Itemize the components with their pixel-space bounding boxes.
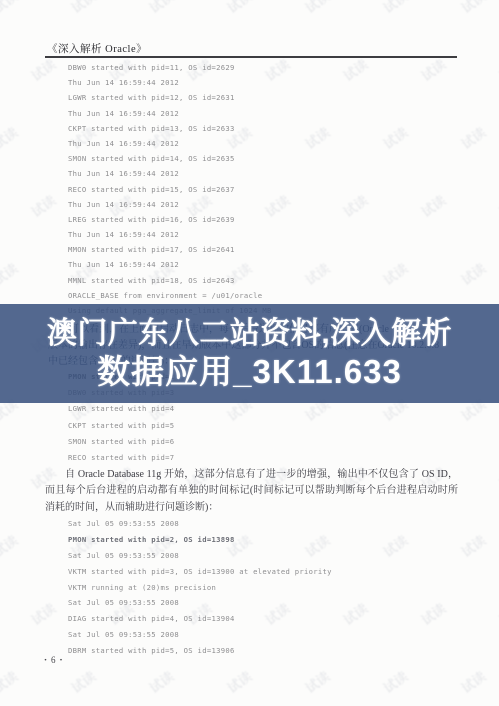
- watermark-mark: 试读: [379, 0, 411, 17]
- watermark-mark: 试读: [301, 122, 333, 153]
- page-number: ・6・: [41, 653, 67, 666]
- log-line: DIAG started with pid=4, OS id=13904: [68, 611, 332, 627]
- log-line: LREG started with pid=16, OS id=2639: [68, 212, 272, 227]
- watermark-mark: 试读: [339, 190, 371, 221]
- log-line: MMON started with pid=17, OS id=2641: [68, 242, 272, 257]
- watermark-mark: 试读: [495, 54, 499, 85]
- log-line: LGWR started with pid=4: [68, 401, 174, 417]
- watermark-mark: 试读: [67, 666, 99, 697]
- watermark-mark: 试读: [0, 0, 21, 17]
- watermark-mark: 试读: [417, 598, 449, 629]
- watermark-mark: 试读: [0, 122, 21, 153]
- watermark-mark: 试读: [495, 462, 499, 493]
- watermark-mark: 试读: [417, 190, 449, 221]
- log-line: RECO started with pid=7: [68, 450, 174, 466]
- watermark-mark: 试读: [457, 666, 489, 697]
- watermark-mark: 试读: [379, 122, 411, 153]
- log-line: MMNL started with pid=18, OS id=2643: [68, 273, 272, 288]
- log-line: SMON started with pid=6: [68, 434, 174, 450]
- watermark-mark: 试读: [67, 0, 99, 17]
- watermark-mark: 试读: [417, 54, 449, 85]
- watermark-mark: 试读: [301, 0, 333, 17]
- watermark-mark: 试读: [223, 0, 255, 17]
- watermark-mark: 试读: [0, 666, 21, 697]
- log-line: Thu Jun 14 16:59:44 2012: [68, 106, 272, 121]
- promo-watermark-banner: 澳门广东八二站资料,深入解析 数据应用_3K11.633: [0, 304, 499, 403]
- watermark-mark: 试读: [301, 258, 333, 289]
- log-line: Sat Jul 05 09:53:55 2008: [68, 548, 332, 564]
- watermark-mark: 试读: [27, 190, 59, 221]
- promo-banner-line2: 数据应用_3K11.633: [97, 352, 402, 392]
- book-title: 《深入解析 Oracle》: [47, 41, 147, 56]
- log-line: PMON started with pid=2, OS id=13898: [68, 532, 332, 548]
- paragraph-11g-enhancement: 自 Oracle Database 11g 开始，这部分信息有了进一步的增强，输…: [45, 467, 458, 516]
- log-line: VKTM running at (20)ms precision: [68, 580, 332, 596]
- log-line: LGWR started with pid=12, OS id=2631: [68, 90, 272, 105]
- log-block-11g-startup: Sat Jul 05 09:53:55 2008PMON started wit…: [68, 516, 332, 659]
- watermark-mark: 试读: [379, 666, 411, 697]
- log-line: VKTM started with pid=3, OS id=13900 at …: [68, 564, 332, 580]
- watermark-mark: 试读: [457, 258, 489, 289]
- watermark-mark: 试读: [495, 190, 499, 221]
- log-line: Sat Jul 05 09:53:55 2008: [68, 595, 332, 611]
- log-line: Thu Jun 14 16:59:44 2012: [68, 75, 272, 90]
- log-line: Thu Jun 14 16:59:44 2012: [68, 166, 272, 181]
- log-line: Thu Jun 14 16:59:44 2012: [68, 136, 272, 151]
- promo-banner-line1: 澳门广东八二站资料,深入解析: [47, 316, 452, 352]
- watermark-mark: 试读: [379, 530, 411, 561]
- log-line: DBW0 started with pid=11, OS id=2629: [68, 60, 272, 75]
- watermark-mark: 试读: [0, 258, 21, 289]
- log-line: ORACLE_BASE from environment = /u01/orac…: [68, 288, 272, 303]
- watermark-mark: 试读: [145, 666, 177, 697]
- watermark-mark: 试读: [379, 258, 411, 289]
- log-line: CKPT started with pid=13, OS id=2633: [68, 121, 272, 136]
- log-block-12c-startup: DBW0 started with pid=11, OS id=2629Thu …: [68, 60, 272, 318]
- log-line: Thu Jun 14 16:59:44 2012: [68, 227, 272, 242]
- watermark-mark: 试读: [0, 530, 21, 561]
- watermark-mark: 试读: [223, 666, 255, 697]
- log-line: Thu Jun 14 16:59:44 2012: [68, 257, 272, 272]
- watermark-mark: 试读: [457, 122, 489, 153]
- watermark-mark: 试读: [495, 598, 499, 629]
- watermark-mark: 试读: [27, 54, 59, 85]
- log-line: Thu Jun 14 16:59:44 2012: [68, 197, 272, 212]
- watermark-mark: 试读: [339, 598, 371, 629]
- log-line: Sat Jul 05 09:53:55 2008: [68, 516, 332, 532]
- watermark-mark: 试读: [457, 530, 489, 561]
- log-line: CKPT started with pid=5: [68, 418, 174, 434]
- watermark-mark: 试读: [301, 666, 333, 697]
- header-rule: [45, 56, 457, 58]
- log-line: DBRM started with pid=5, OS id=13906: [68, 643, 332, 659]
- watermark-mark: 试读: [145, 0, 177, 17]
- log-line: SMON started with pid=14, OS id=2635: [68, 151, 272, 166]
- log-line: Sat Jul 05 09:53:55 2008: [68, 627, 332, 643]
- watermark-mark: 试读: [27, 598, 59, 629]
- watermark-mark: 试读: [457, 0, 489, 17]
- book-page: 试读试读试读试读试读试读试读试读试读试读试读试读试读试读试读试读试读试读试读试读…: [0, 0, 499, 706]
- log-line: RECO started with pid=15, OS id=2637: [68, 182, 272, 197]
- watermark-mark: 试读: [339, 54, 371, 85]
